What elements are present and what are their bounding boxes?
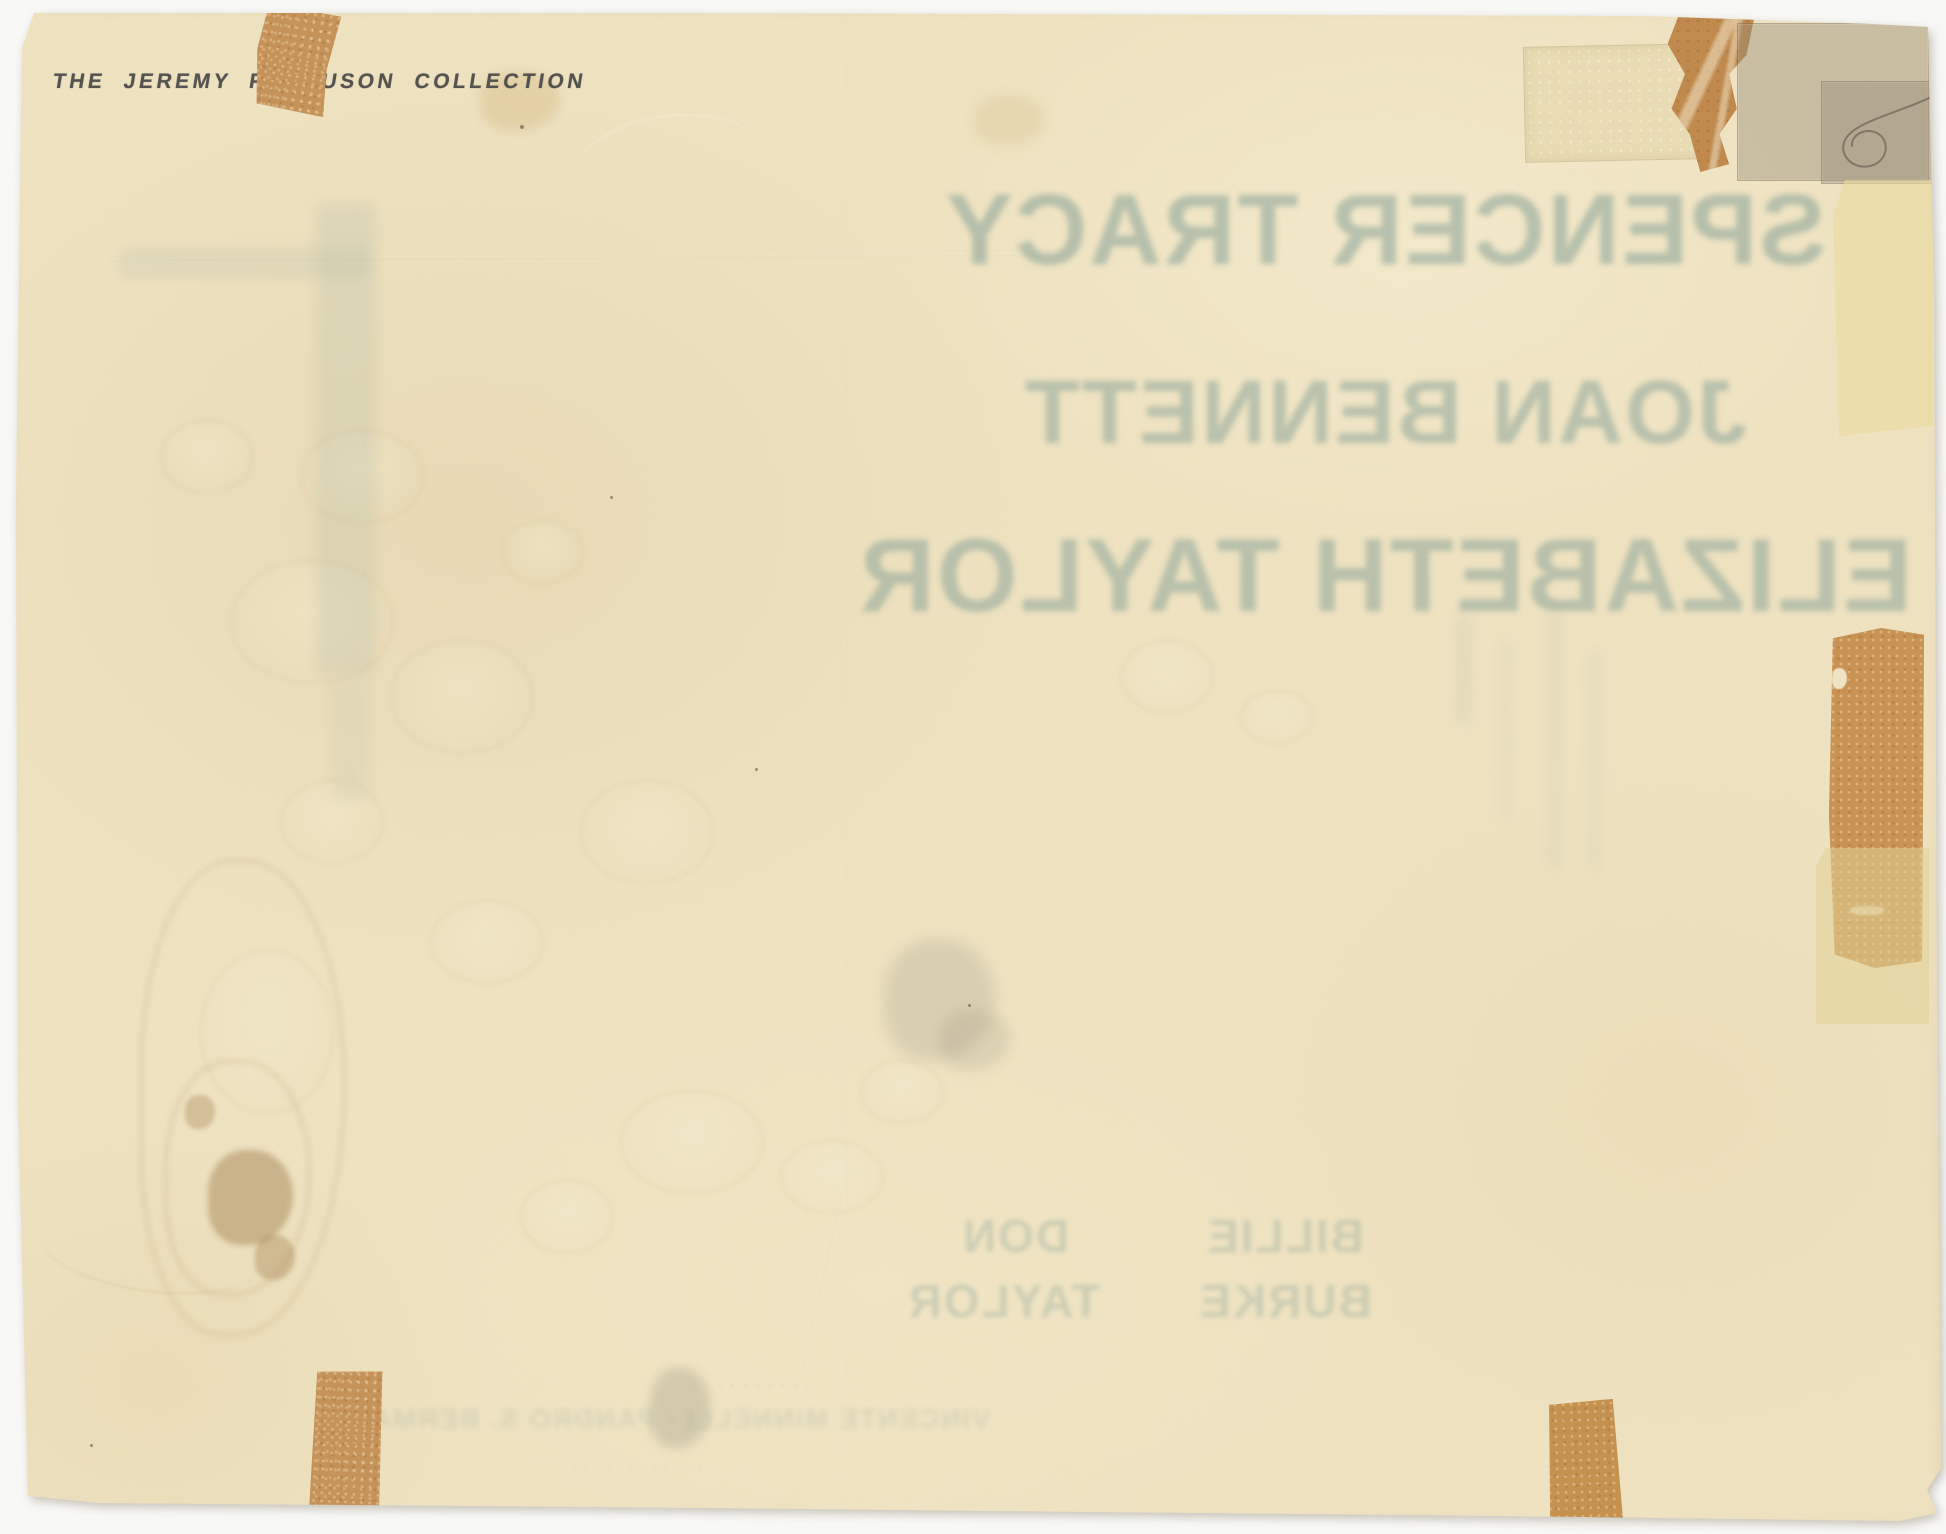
wrinkle — [500, 520, 584, 584]
wrinkle — [430, 900, 544, 984]
tape-remnant-bottom-left — [309, 1369, 385, 1520]
wrinkle — [860, 1060, 944, 1124]
scanner-background: SPENCER TRACY JOAN BENNETT ELIZABETH TAY… — [0, 0, 1946, 1534]
wrinkle — [390, 640, 534, 754]
ghost-mark — [330, 680, 370, 800]
ghost-title-row-1: SPENCER TRACY — [600, 180, 1946, 280]
paper-speck — [90, 1444, 93, 1447]
wrinkle — [1240, 690, 1314, 744]
ghost-costar-name: BILLIE — [1195, 1213, 1375, 1259]
paper-speck — [968, 1004, 971, 1007]
paper-speck — [755, 768, 758, 771]
ghost-mark — [120, 248, 370, 278]
ghost-costar-name: DON — [930, 1213, 1100, 1259]
pencil-mark-6 — [1825, 78, 1945, 178]
wrinkle — [520, 1180, 614, 1254]
photo-back-paper: SPENCER TRACY JOAN BENNETT ELIZABETH TAY… — [0, 0, 1946, 1534]
wrinkle — [580, 780, 714, 884]
wrinkle — [620, 1090, 764, 1194]
ghost-title-row-2: JOAN BENNETT — [600, 368, 1946, 458]
paper-speck — [520, 125, 524, 129]
ghost-mark — [1500, 640, 1512, 820]
tape-tan-right-edge — [1816, 848, 1929, 1024]
paper-shadow-wrap: SPENCER TRACY JOAN BENNETT ELIZABETH TAY… — [0, 0, 1946, 1534]
paper-speck — [610, 496, 613, 499]
wrinkle — [160, 420, 254, 494]
wrinkle — [780, 1140, 884, 1214]
ghost-title-row-3: ELIZABETH TAYLOR — [600, 524, 1946, 628]
ghost-costar-name: BURKE — [1195, 1278, 1375, 1324]
ghost-costar-name: TAYLOR — [930, 1278, 1100, 1324]
wrinkle — [1120, 640, 1214, 714]
ghost-credit-line: VINCENTE MINNELLI · PANDRO S. BERMAN — [430, 1406, 990, 1433]
ghost-mark — [1588, 650, 1602, 870]
ghost-credit-small-top: · · · · · · · · · · — [600, 1378, 900, 1392]
ghost-credit-small-bottom: · · · · · · · · · · · · · — [520, 1462, 740, 1474]
tape-remnant-bottom-right — [1543, 1399, 1623, 1526]
tape-yellow-top-right — [1833, 180, 1933, 436]
ghost-mark — [1545, 610, 1561, 870]
